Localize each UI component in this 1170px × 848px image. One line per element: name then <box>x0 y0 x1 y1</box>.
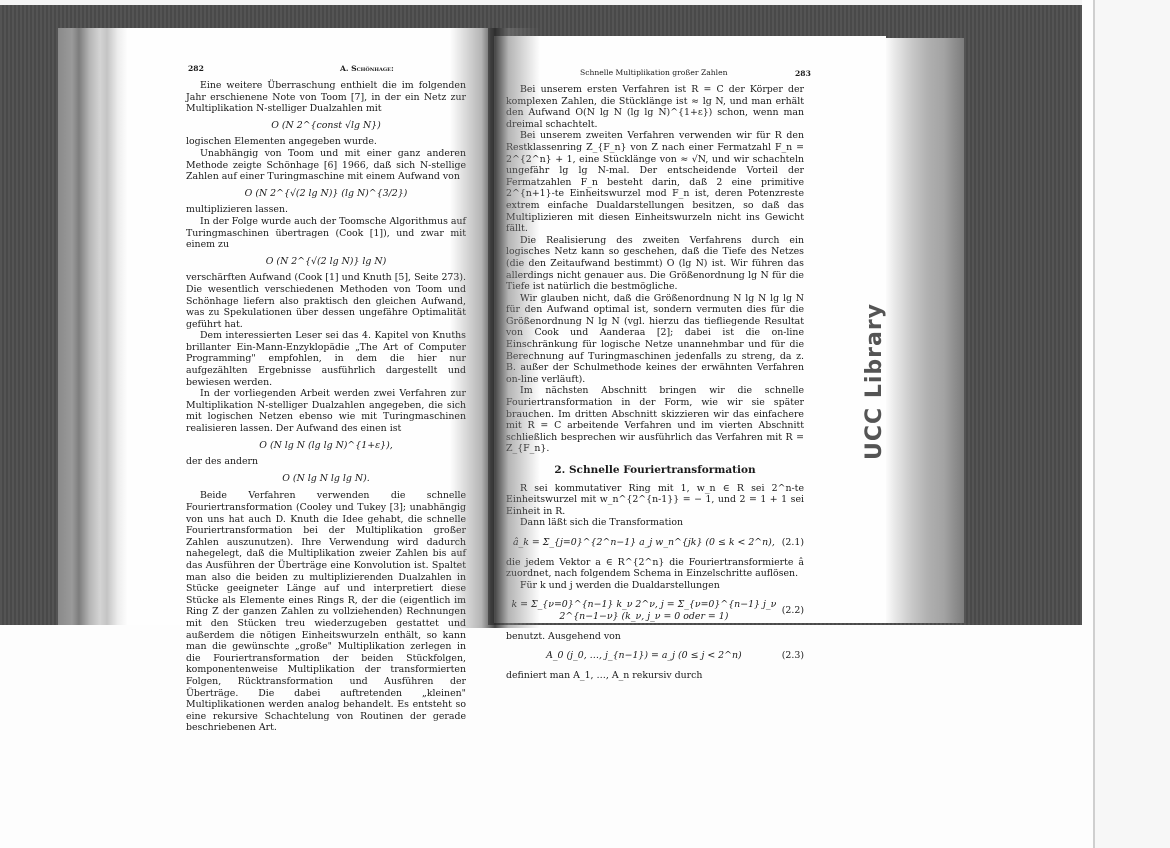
formula: O (N lg N lg lg N). <box>186 473 466 485</box>
paragraph: Wir glauben nicht, daß die Größenordnung… <box>506 293 804 386</box>
paragraph: definiert man A_1, …, A_n rekursiv durch <box>506 670 804 682</box>
formula: O (N 2^{const √lg N}) <box>186 120 466 132</box>
paragraph: die jedem Vektor a ∈ R^{2^n} die Fourier… <box>506 557 804 580</box>
right-page-edge-shading <box>884 38 964 623</box>
paragraph: Beide Verfahren verwenden die schnelle F… <box>186 490 466 733</box>
paragraph: Für k und j werden die Dualdarstellungen <box>506 580 804 592</box>
equation-label: (2.1) <box>782 537 804 549</box>
paragraph: Dann läßt sich die Transformation <box>506 517 804 529</box>
paragraph: Dem interessierten Leser sei das 4. Kapi… <box>186 330 466 388</box>
left-running-head: A. Schönhage: <box>340 64 394 73</box>
equation-label: (2.3) <box>782 650 804 662</box>
equation-expression: A_0 (j_0, …, j_{n−1}) = a_j (0 ≤ j < 2^n… <box>506 650 782 662</box>
paragraph: der des andern <box>186 456 466 468</box>
section-title: Schnelle Fouriertransformation <box>569 464 756 476</box>
paragraph: In der vorliegenden Arbeit werden zwei V… <box>186 388 466 434</box>
paragraph: benutzt. Ausgehend von <box>506 631 804 643</box>
left-page-number: 282 <box>188 64 204 73</box>
left-page-edge-shading <box>58 28 128 625</box>
formula: O (N 2^{√(2 lg N)} (lg N)^{3/2}) <box>186 188 466 200</box>
right-page-body: Bei unserem ersten Verfahren ist R = C d… <box>506 84 804 681</box>
paragraph: Die Realisierung des zweiten Verfahrens … <box>506 235 804 293</box>
right-page-number: 283 <box>795 69 811 78</box>
paragraph: Bei unserem ersten Verfahren ist R = C d… <box>506 84 804 130</box>
left-page-body: Eine weitere Überraschung enthielt die i… <box>186 80 466 734</box>
paragraph: Im nächsten Abschnitt bringen wir die sc… <box>506 385 804 455</box>
paragraph: Unabhängig von Toom und mit einer ganz a… <box>186 148 466 183</box>
paragraph: multiplizieren lassen. <box>186 204 466 216</box>
equation-2-1: â_k = Σ_{j=0}^{2^n−1} a_j w_n^{jk} (0 ≤ … <box>506 537 804 549</box>
equation-expression: k = Σ_{ν=0}^{n−1} k_ν 2^ν, j = Σ_{ν=0}^{… <box>506 599 782 622</box>
scan-right-margin <box>1095 0 1170 848</box>
right-running-head: Schnelle Multiplikation großer Zahlen <box>580 68 727 77</box>
equation-label: (2.2) <box>782 605 804 617</box>
paragraph: R sei kommutativer Ring mit 1, w_n ∈ R s… <box>506 483 804 518</box>
section-heading: 2. Schnelle Fouriertransformation <box>506 465 804 477</box>
paragraph: verschärften Aufwand (Cook [1] und Knuth… <box>186 272 466 330</box>
formula: O (N lg N (lg lg N)^{1+ε}), <box>186 440 466 452</box>
equation-2-2: k = Σ_{ν=0}^{n−1} k_ν 2^ν, j = Σ_{ν=0}^{… <box>506 599 804 622</box>
library-stamp: UCC Library <box>862 303 887 460</box>
formula: O (N 2^{√(2 lg N)} lg N) <box>186 256 466 268</box>
paragraph: Eine weitere Überraschung enthielt die i… <box>186 80 466 115</box>
paragraph: Bei unserem zweiten Verfahren verwenden … <box>506 130 804 234</box>
equation-expression: â_k = Σ_{j=0}^{2^n−1} a_j w_n^{jk} (0 ≤ … <box>506 537 782 549</box>
paragraph: logischen Elementen angegeben wurde. <box>186 136 466 148</box>
scan-top-edge <box>0 0 1082 5</box>
book-gutter-shadow <box>450 28 540 628</box>
equation-2-3: A_0 (j_0, …, j_{n−1}) = a_j (0 ≤ j < 2^n… <box>506 650 804 662</box>
paragraph: In der Folge wurde auch der Toomsche Alg… <box>186 216 466 251</box>
section-number: 2. <box>554 464 565 476</box>
